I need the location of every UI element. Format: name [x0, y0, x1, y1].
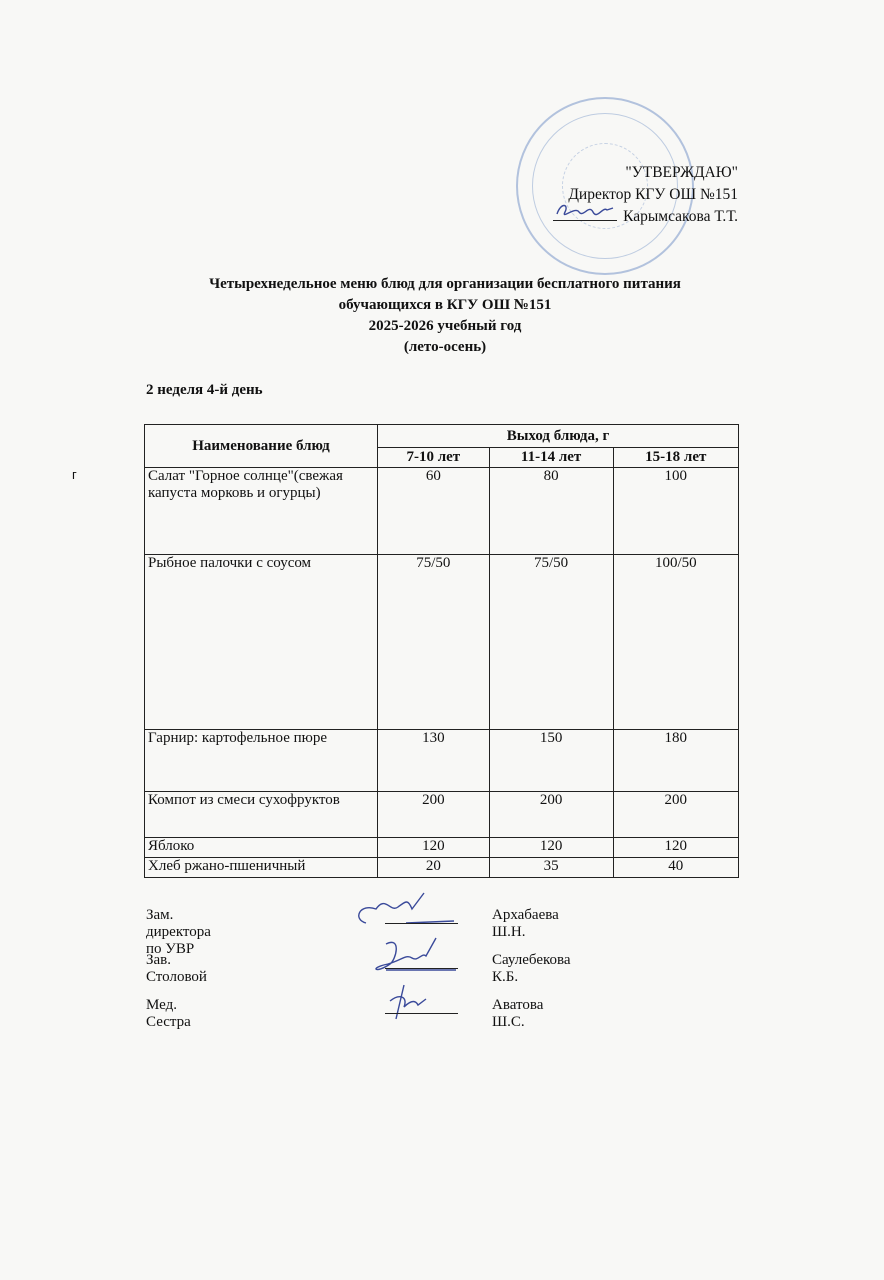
table-row: Яблоко 120 120 120 — [145, 838, 739, 858]
approval-name: Карымсакова Т.Т. — [623, 208, 738, 225]
dish-name: Гарнир: картофельное пюре — [145, 730, 378, 792]
signature-line — [385, 1013, 458, 1014]
yield-value: 200 — [613, 792, 738, 838]
yield-value: 75/50 — [378, 555, 490, 730]
director-signature — [553, 206, 617, 221]
title-line-2: обучающихся в КГУ ОШ №151 — [140, 295, 750, 316]
age-group-header: 7-10 лет — [378, 448, 490, 468]
table-row: Хлеб ржано-пшеничный 20 35 40 — [145, 858, 739, 878]
approval-heading: "УТВЕРЖДАЮ" — [553, 162, 738, 184]
yield-value: 180 — [613, 730, 738, 792]
signature-line — [385, 968, 458, 969]
signer-name: Саулебекова К.Б. — [492, 952, 571, 986]
age-group-header: 11-14 лет — [489, 448, 613, 468]
dish-name: Хлеб ржано-пшеничный — [145, 858, 378, 878]
dish-name: Яблоко — [145, 838, 378, 858]
approval-signature-row: Карымсакова Т.Т. — [553, 206, 738, 228]
menu-table: Наименование блюд Выход блюда, г 7-10 ле… — [144, 424, 739, 878]
signature-line — [385, 923, 458, 924]
signer-name: Архабаева Ш.Н. — [492, 907, 559, 941]
yield-value: 75/50 — [489, 555, 613, 730]
title-line-3: 2025-2026 учебный год — [140, 316, 750, 337]
signer-role: Зам. директора по УВР — [146, 907, 211, 958]
dish-name: Рыбное палочки с соусом — [145, 555, 378, 730]
signer-role: Мед. Сестра — [146, 997, 191, 1031]
yield-value: 200 — [489, 792, 613, 838]
day-label: 2 неделя 4-й день — [146, 382, 263, 399]
yield-header: Выход блюда, г — [378, 425, 739, 448]
dish-name: Салат "Горное солнце"(свежая капуста мор… — [145, 468, 378, 555]
signature-scribble-icon — [346, 934, 456, 978]
yield-value: 100 — [613, 468, 738, 555]
yield-value: 150 — [489, 730, 613, 792]
yield-value: 80 — [489, 468, 613, 555]
signature-scribble-icon — [346, 979, 456, 1023]
table-row: Рыбное палочки с соусом 75/50 75/50 100/… — [145, 555, 739, 730]
table-row: Компот из смеси сухофруктов 200 200 200 — [145, 792, 739, 838]
yield-value: 120 — [378, 838, 490, 858]
table-row: Салат "Горное солнце"(свежая капуста мор… — [145, 468, 739, 555]
signer-role: Зав. Столовой — [146, 952, 207, 986]
title-line-1: Четырехнедельное меню блюд для организац… — [140, 274, 750, 295]
title-line-4: (лето-осень) — [140, 337, 750, 358]
signature-scribble-icon — [553, 200, 617, 222]
age-group-header: 15-18 лет — [613, 448, 738, 468]
yield-value: 130 — [378, 730, 490, 792]
stray-mark: г — [72, 467, 77, 482]
yield-value: 20 — [378, 858, 490, 878]
table-row: Гарнир: картофельное пюре 130 150 180 — [145, 730, 739, 792]
yield-value: 60 — [378, 468, 490, 555]
dish-name-header: Наименование блюд — [145, 425, 378, 468]
yield-value: 200 — [378, 792, 490, 838]
yield-value: 100/50 — [613, 555, 738, 730]
dish-name: Компот из смеси сухофруктов — [145, 792, 378, 838]
yield-value: 40 — [613, 858, 738, 878]
signer-name: Аватова Ш.С. — [492, 997, 543, 1031]
yield-value: 120 — [489, 838, 613, 858]
yield-value: 120 — [613, 838, 738, 858]
yield-value: 35 — [489, 858, 613, 878]
page-title: Четырехнедельное меню блюд для организац… — [140, 274, 750, 358]
approval-block: "УТВЕРЖДАЮ" Директор КГУ ОШ №151 Карымса… — [553, 162, 738, 228]
